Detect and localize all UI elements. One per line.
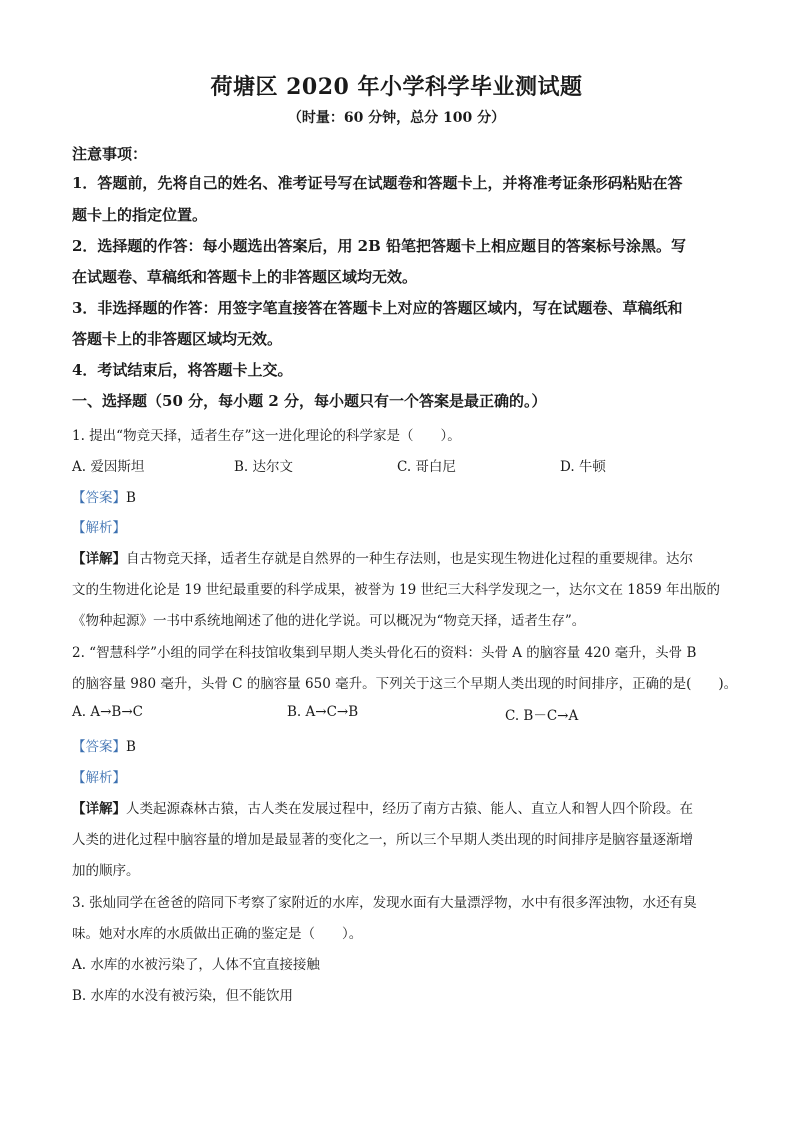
question-3-option-a: A. 水库的水被污染了，人体不宜直接接触: [72, 953, 320, 973]
question-2-option-b: B. A→C→B: [287, 704, 358, 720]
question-3-stem: 3. 张灿同学在爸爸的陪同下考察了家附近的水库，发现水面有大量漂浮物，水中有很多…: [72, 891, 697, 911]
document-title: 荷塘区 2020 年小学科学毕业测试题: [0, 70, 793, 101]
question-2-detail-line: 人类的进化过程中脑容量的增加是最显著的变化之一，所以三个早期人类出现的时间排序是…: [72, 828, 693, 848]
detail-label: 【详解】: [72, 801, 126, 817]
detail-label: 【详解】: [72, 551, 126, 567]
answer-label: 【答案】: [72, 490, 126, 506]
answer-label: 【答案】: [72, 739, 126, 755]
notice-line: 2．选择题的作答：每小题选出答案后，用 2B 铅笔把答题卡上相应题目的答案标号涂…: [72, 235, 686, 256]
question-1-detail-line: 《物种起源》一书中系统地阐述了他的进化学说。可以概况为“物竞天择，适者生存”。: [72, 609, 585, 629]
question-1-detail-line: 文的生物进化论是 19 世纪最重要的科学成果，被誉为 19 世纪三大科学发现之一…: [72, 578, 720, 598]
question-2-stem: 的脑容量 980 毫升，头骨 C 的脑容量 650 毫升。下列关于这三个早期人类…: [72, 672, 737, 692]
notice-heading: 注意事项：: [72, 143, 147, 164]
notice-line: 4．考试结束后，将答题卡上交。: [72, 359, 292, 380]
question-2-detail-line: 加的顺序。: [72, 859, 140, 879]
notice-line: 1．答题前，先将自己的姓名、准考证号写在试题卷和答题卡上，并将准考证条形码粘贴在…: [72, 172, 682, 193]
notice-line: 题卡上的指定位置。: [72, 204, 207, 225]
question-2-option-c: C. B－C→A: [505, 704, 578, 724]
notice-line: 在试题卷、草稿纸和答题卡上的非答题区域均无效。: [72, 266, 417, 287]
question-3-stem: 味。她对水库的水质做出正确的鉴定是（ ）。: [72, 922, 362, 942]
notice-line: 答题卡上的非答题区域均无效。: [72, 328, 282, 349]
question-1-analysis-label: 【解析】: [72, 516, 126, 536]
question-1-option-a: A. 爱因斯坦: [72, 455, 144, 475]
question-1-answer: 【答案】B: [72, 486, 136, 506]
question-2-detail: 【详解】人类起源森林古猿，古人类在发展过程中，经历了南方古猿、能人、直立人和智人…: [72, 797, 693, 817]
question-3-option-b: B. 水库的水没有被污染，但不能饮用: [72, 984, 293, 1004]
question-1-option-d: D. 牛顿: [560, 455, 606, 475]
question-1-stem: 1. 提出“物竞天择，适者生存”这一进化理论的科学家是（ ）。: [72, 424, 461, 444]
question-2-stem: 2. “智慧科学”小组的同学在科技馆收集到早期人类头骨化石的资料：头骨 A 的脑…: [72, 641, 696, 661]
exam-page: 荷塘区 2020 年小学科学毕业测试题 （时量：60 分钟，总分 100 分） …: [0, 0, 793, 1122]
detail-text: 人类起源森林古猿，古人类在发展过程中，经历了南方古猿、能人、直立人和智人四个阶段…: [126, 801, 693, 817]
question-2-option-a: A. A→B→C: [72, 704, 143, 720]
question-1-option-b: B. 达尔文: [234, 455, 293, 475]
detail-text: 自古物竞天择，适者生存就是自然界的一种生存法则，也是实现生物进化过程的重要规律。…: [126, 551, 693, 567]
question-1-detail: 【详解】自古物竞天择，适者生存就是自然界的一种生存法则，也是实现生物进化过程的重…: [72, 547, 693, 567]
document-subtitle: （时量：60 分钟，总分 100 分）: [0, 107, 793, 127]
question-1-option-c: C. 哥白尼: [397, 455, 456, 475]
notice-line: 3．非选择题的作答：用签字笔直接答在答题卡上对应的答题区域内，写在试题卷、草稿纸…: [72, 297, 682, 318]
answer-value: B: [126, 490, 136, 506]
section-heading: 一、选择题（50 分，每小题 2 分，每小题只有一个答案是最正确的。）: [72, 390, 546, 411]
question-2-answer: 【答案】B: [72, 735, 136, 755]
question-2-analysis-label: 【解析】: [72, 766, 126, 786]
answer-value: B: [126, 739, 136, 755]
